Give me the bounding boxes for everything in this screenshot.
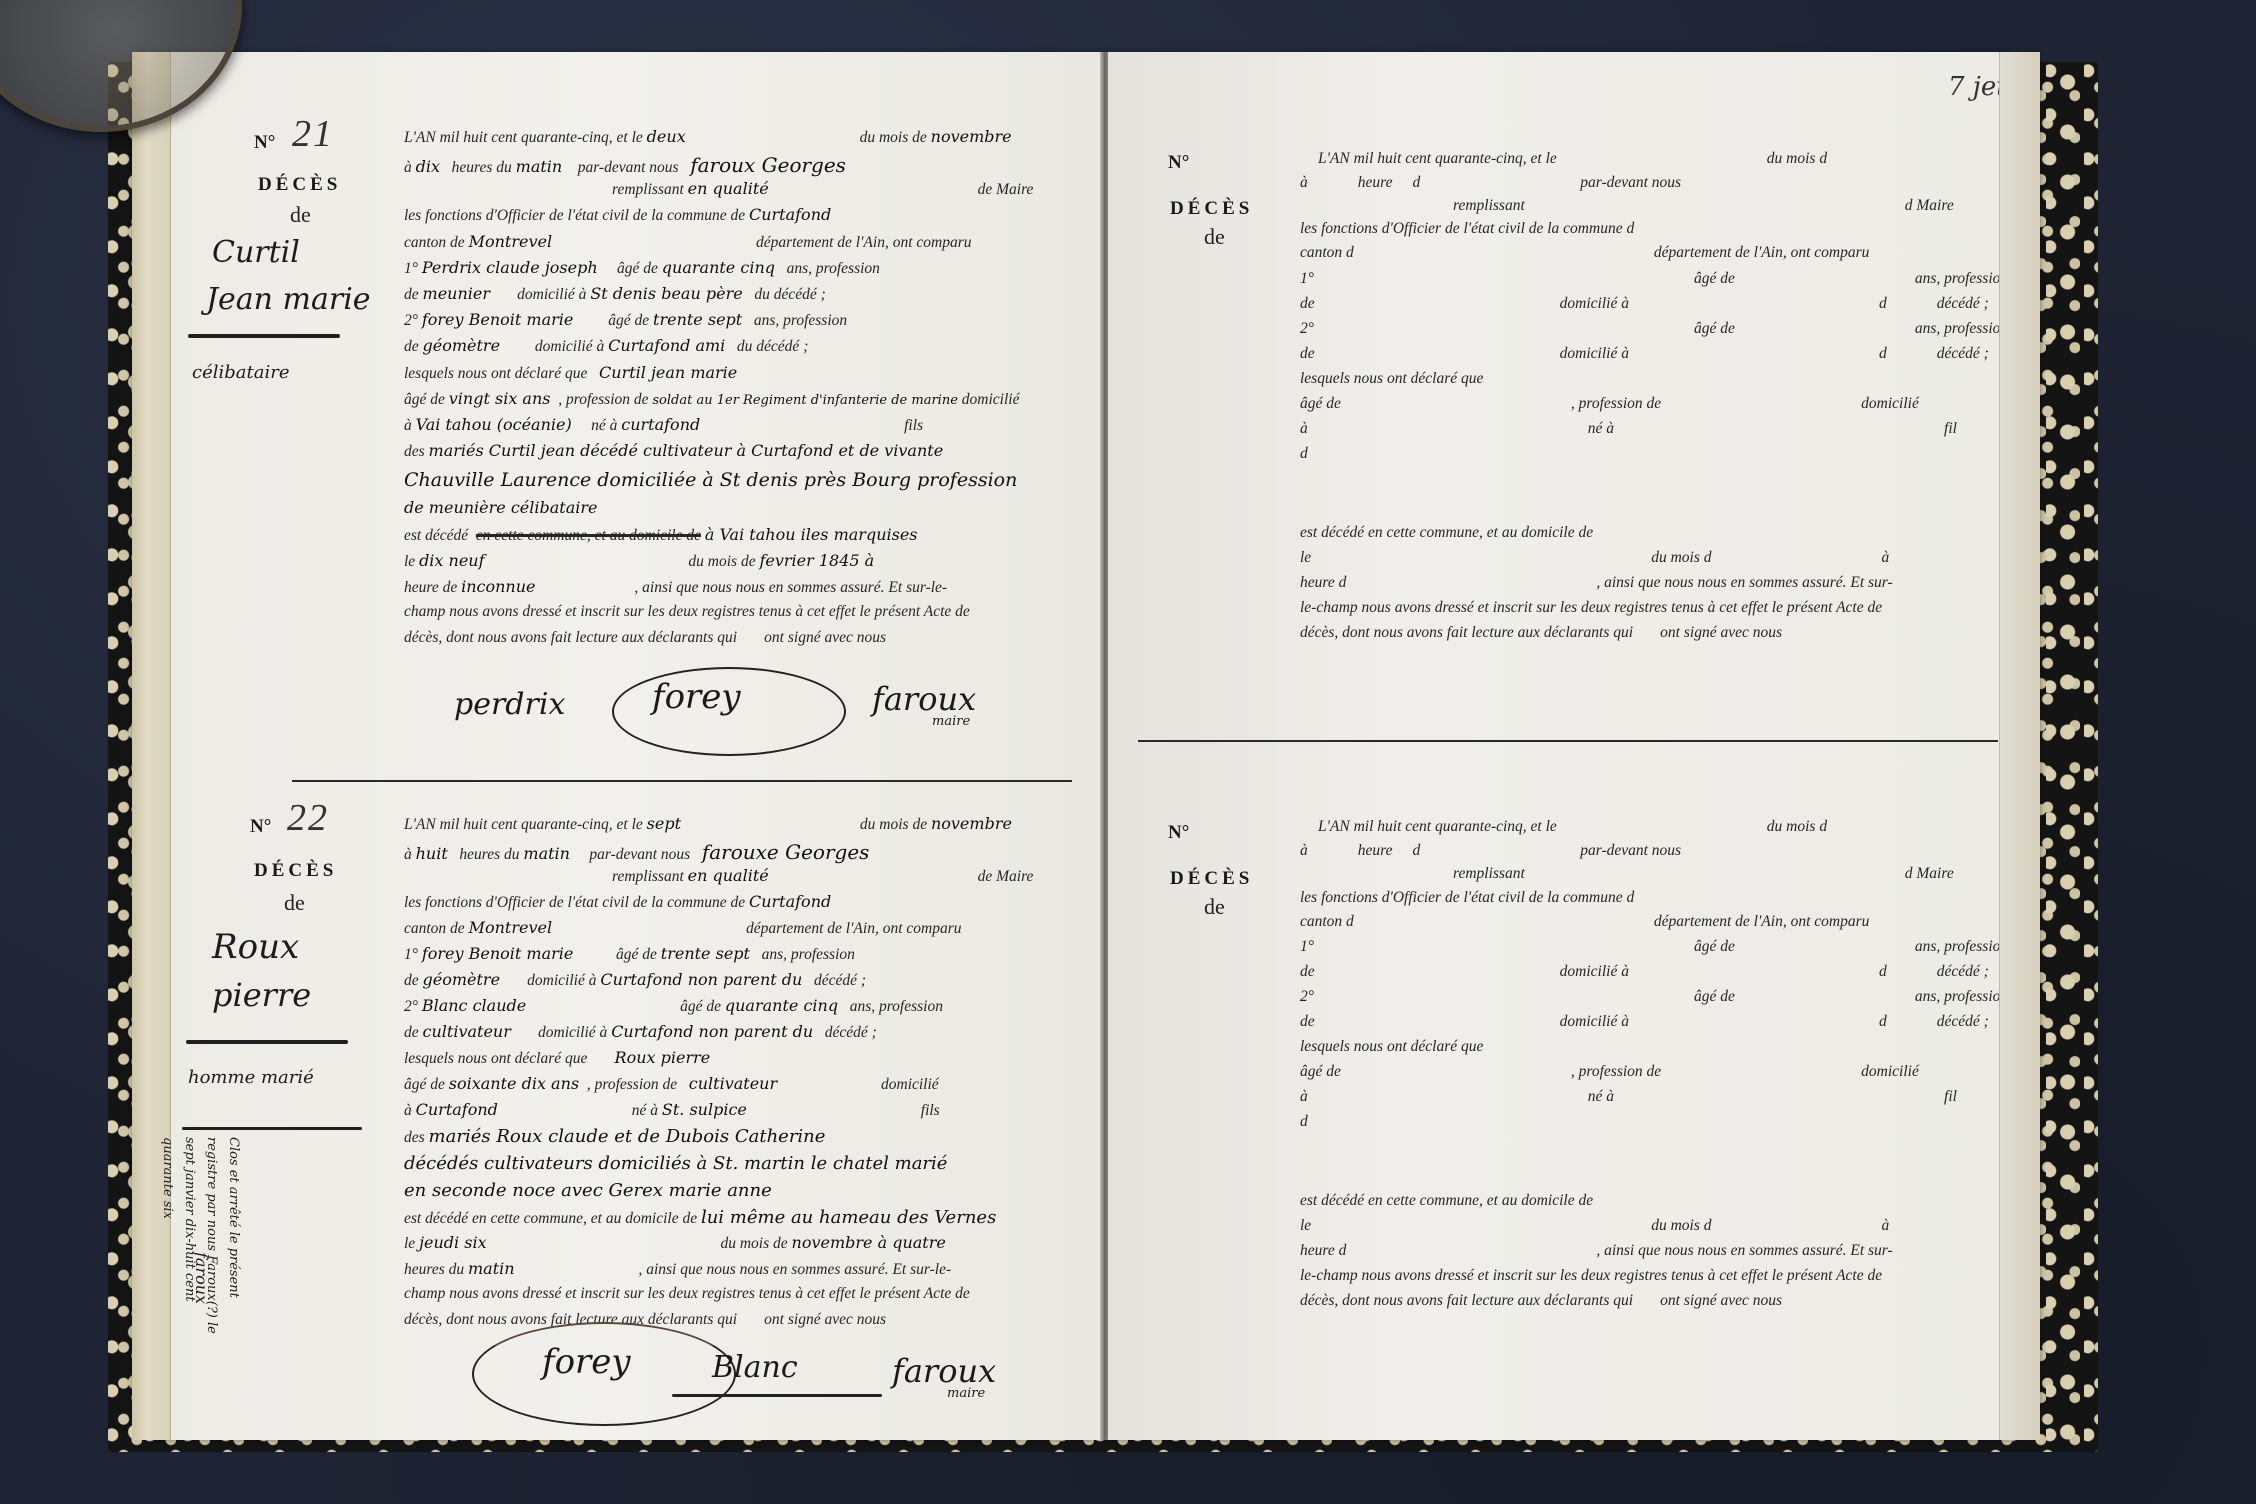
line-1: L'AN mil huit cent quarante-cinq, et le …: [404, 814, 1012, 834]
de-label: de: [284, 890, 305, 916]
line-17: le jeudi six du mois de novembre à quatr…: [404, 1233, 946, 1253]
deces-heading: DÉCÈS: [1170, 868, 1253, 890]
line-7: de géomètre domicilié à Curtafond non pa…: [404, 970, 866, 990]
line-12: àné àfil: [1300, 1088, 1957, 1106]
line-13: des mariés Roux claude et de Dubois Cath…: [404, 1126, 825, 1147]
left-page: N° 21 DÉCÈS de Curtil Jean marie célibat…: [132, 52, 1102, 1440]
number-label: N°: [250, 816, 271, 838]
line-5: canton ddépartement de l'Ain, ont compar…: [1300, 913, 1869, 931]
line-16: est décédé en cette commune, et au domic…: [404, 1207, 996, 1228]
line-15: ledu mois dà: [1300, 1217, 1889, 1235]
line-3: remplissant en qualité de Maire: [612, 866, 1033, 886]
line-3: remplissantd Maire: [1453, 865, 1954, 883]
blank-entry-2: N° DÉCÈS de L'AN mil huit cent quarante-…: [1108, 52, 2040, 1440]
line-6: 1° forey Benoit marie âgé de trente sept…: [404, 944, 855, 964]
line-11: âgé de, profession dedomicilié: [1300, 1063, 1919, 1081]
deces-heading: DÉCÈS: [254, 860, 337, 882]
line-2: à huit heures du matin par-devant nous f…: [404, 840, 869, 864]
number-label: N°: [1168, 822, 1189, 844]
line-6: 1°âgé deans, profession: [1300, 938, 2008, 956]
line-17: le-champ nous avons dressé et inscrit su…: [1300, 1267, 1882, 1285]
line-8: 2°âgé deans, profession: [1300, 988, 2008, 1006]
signature-mayor: faroux maire: [892, 1352, 996, 1401]
line-7: dedomicilié àddécédé ;: [1300, 963, 1989, 981]
right-page: 7 jet N° DÉCÈS de L'AN mil huit cent qua…: [1108, 52, 2040, 1440]
line-9: de cultivateur domicilié à Curtafond non…: [404, 1022, 877, 1042]
line-19: champ nous avons dressé et inscrit sur l…: [404, 1285, 970, 1303]
line-15: en seconde noce avec Gerex marie anne: [404, 1180, 772, 1201]
entry-22: N° 22 DÉCÈS de Roux pierre homme marié L…: [132, 52, 1102, 1440]
signature-blanc: Blanc: [712, 1350, 798, 1385]
line-10: lesquels nous ont déclaré que: [1300, 1038, 1483, 1056]
line-8: 2° Blanc claude âgé de quarante cinq ans…: [404, 996, 943, 1016]
line-2: àheuredpar-devant nous: [1300, 842, 1681, 860]
margin-note-signature: faroux: [190, 1252, 212, 1304]
line-10: lesquels nous ont déclaré que Roux pierr…: [404, 1048, 710, 1068]
entry-number: 22: [287, 796, 329, 840]
line-12: à Curtafond né à St. sulpice fils: [404, 1100, 940, 1120]
line-4: les fonctions d'Officier de l'état civil…: [404, 892, 831, 912]
line-1: L'AN mil huit cent quarante-cinq, et led…: [1318, 818, 1827, 836]
marital-status: homme marié: [188, 1067, 314, 1088]
line-5: canton de Montrevel département de l'Ain…: [404, 918, 962, 938]
line-16: heure d, ainsi que nous nous en sommes a…: [1300, 1242, 1893, 1260]
line-13: d: [1300, 1113, 1308, 1131]
line-11: âgé de soixante dix ans , profession de …: [404, 1074, 939, 1094]
deceased-surname: Roux: [212, 924, 299, 970]
line-9: dedomicilié àddécédé ;: [1300, 1013, 1989, 1031]
line-14: décédés cultivateurs domiciliés à St. ma…: [404, 1153, 947, 1174]
closing-margin-note: Clos et arrêté le présent registre par n…: [156, 1137, 244, 1334]
signature-forey: forey: [542, 1342, 631, 1382]
deceased-given-name: pierre: [212, 972, 311, 1018]
name-underline: [186, 1040, 348, 1044]
de-label: de: [1204, 894, 1225, 920]
margin-rule: [182, 1127, 362, 1130]
line-18: heures du matin , ainsi que nous nous en…: [404, 1259, 951, 1279]
line-14: est décédé en cette commune, et au domic…: [1300, 1192, 1593, 1210]
line-4: les fonctions d'Officier de l'état civil…: [1300, 889, 1634, 907]
line-18: décès, dont nous avons fait lecture aux …: [1300, 1292, 1782, 1310]
